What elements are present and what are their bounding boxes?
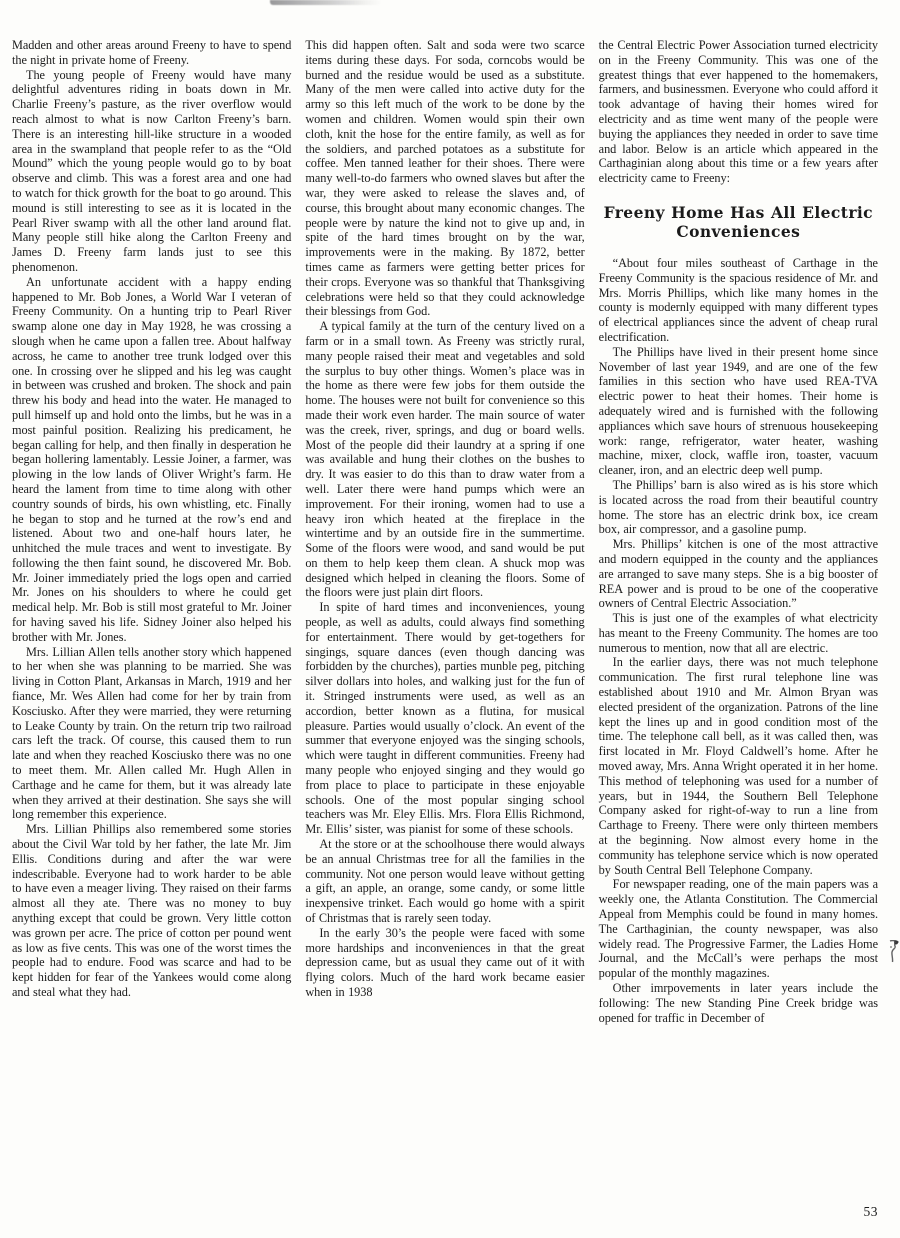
paragraph: For newspaper reading, one of the main p…: [599, 877, 878, 981]
scanned-book-page: Madden and other areas around Freeny to …: [0, 0, 900, 1238]
paragraph: “About four miles southeast of Carthage …: [599, 256, 878, 345]
column-left: Madden and other areas around Freeny to …: [12, 38, 291, 1025]
scan-artifact-top-smudge: [270, 0, 382, 5]
paragraph: Mrs. Lillian Allen tells another story w…: [12, 645, 291, 823]
paragraph: The Phillips’ barn is also wired as is h…: [599, 478, 878, 537]
paragraph: Madden and other areas around Freeny to …: [12, 38, 291, 68]
paragraph: In the earlier days, there was not much …: [599, 655, 878, 877]
paragraph: the Central Electric Power Association t…: [599, 38, 878, 186]
paragraph: Mrs. Lillian Phillips also remembered so…: [12, 822, 291, 1000]
paragraph: The Phillips have lived in their present…: [599, 345, 878, 478]
paragraph: This did happen often. Salt and soda wer…: [305, 38, 584, 319]
column-right: the Central Electric Power Association t…: [599, 38, 878, 1025]
paragraph: In spite of hard times and inconvenience…: [305, 600, 584, 837]
paragraph: In the early 30’s the people were faced …: [305, 926, 584, 1000]
paragraph: An unfortunate accident with a happy end…: [12, 275, 291, 645]
article-heading: Freeny Home Has All Electric Convenience…: [603, 203, 874, 242]
paragraph: The young people of Freeny would have ma…: [12, 68, 291, 275]
paragraph: Other imrpovements in later years includ…: [599, 981, 878, 1025]
text-columns: Madden and other areas around Freeny to …: [12, 38, 878, 1025]
page-number: 53: [826, 1204, 878, 1220]
paragraph: At the store or at the schoolhouse there…: [305, 837, 584, 926]
paragraph: This is just one of the examples of what…: [599, 611, 878, 655]
paragraph: A typical family at the turn of the cent…: [305, 319, 584, 600]
paragraph: Mrs. Phillips’ kitchen is one of the mos…: [599, 537, 878, 611]
column-middle: This did happen often. Salt and soda wer…: [305, 38, 584, 1025]
scan-artifact-ink-mark: [884, 940, 900, 974]
